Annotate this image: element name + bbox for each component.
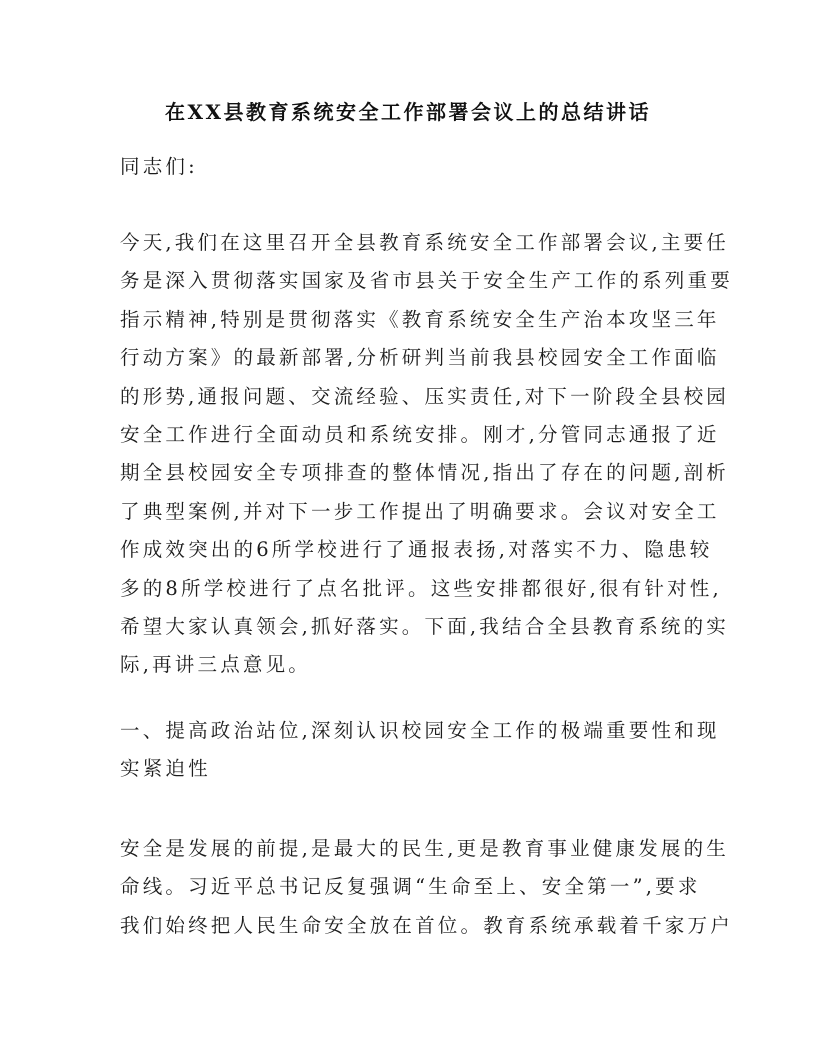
salutation: 同志们:	[120, 148, 700, 186]
paragraph-line: 务是深入贯彻落实国家及省市县关于安全生产工作的系列重要	[120, 262, 700, 300]
document-title: 在XX县教育系统安全工作部署会议上的总结讲话	[0, 97, 816, 127]
section-heading-1: 一、提高政治站位,深刻认识校园安全工作的极端重要性和现 实紧迫性	[120, 712, 700, 789]
paragraph-line: 行动方案》的最新部署,分析研判当前我县校园安全工作面临	[120, 339, 700, 377]
heading-line: 实紧迫性	[120, 750, 700, 788]
paragraph-line: 安全工作进行全面动员和系统安排。刚才,分管同志通报了近	[120, 416, 700, 454]
paragraph-line: 指示精神,特别是贯彻落实《教育系统安全生产治本攻坚三年	[120, 301, 700, 339]
document-page: 在XX县教育系统安全工作部署会议上的总结讲话 同志们: 今天,我们在这里召开全县…	[0, 0, 816, 1056]
paragraph-line: 期全县校园安全专项排查的整体情况,指出了存在的问题,剖析	[120, 454, 700, 492]
paragraph-line: 作成效突出的6所学校进行了通报表扬,对落实不力、隐患较	[120, 531, 700, 569]
paragraph-line: 我们始终把人民生命安全放在首位。教育系统承载着千家万户	[120, 907, 700, 945]
paragraph-line: 安全是发展的前提,是最大的民生,更是教育事业健康发展的生	[120, 830, 700, 868]
paragraph-section-1: 安全是发展的前提,是最大的民生,更是教育事业健康发展的生 命线。习近平总书记反复…	[120, 830, 700, 945]
paragraph-line: 命线。习近平总书记反复强调“生命至上、安全第一”,要求	[120, 868, 700, 906]
paragraph-line: 希望大家认真领会,抓好落实。下面,我结合全县教育系统的实	[120, 608, 700, 646]
paragraph-line: 际,再讲三点意见。	[120, 646, 700, 684]
paragraph-line: 今天,我们在这里召开全县教育系统安全工作部署会议,主要任	[120, 224, 700, 262]
paragraph-line: 的形势,通报问题、交流经验、压实责任,对下一阶段全县校园	[120, 378, 700, 416]
heading-line: 一、提高政治站位,深刻认识校园安全工作的极端重要性和现	[120, 712, 700, 750]
salutation-text: 同志们:	[120, 148, 700, 186]
paragraph-line: 了典型案例,并对下一步工作提出了明确要求。会议对安全工	[120, 493, 700, 531]
paragraph-intro: 今天,我们在这里召开全县教育系统安全工作部署会议,主要任 务是深入贯彻落实国家及…	[120, 224, 700, 685]
paragraph-line: 多的8所学校进行了点名批评。这些安排都很好,很有针对性,	[120, 570, 700, 608]
